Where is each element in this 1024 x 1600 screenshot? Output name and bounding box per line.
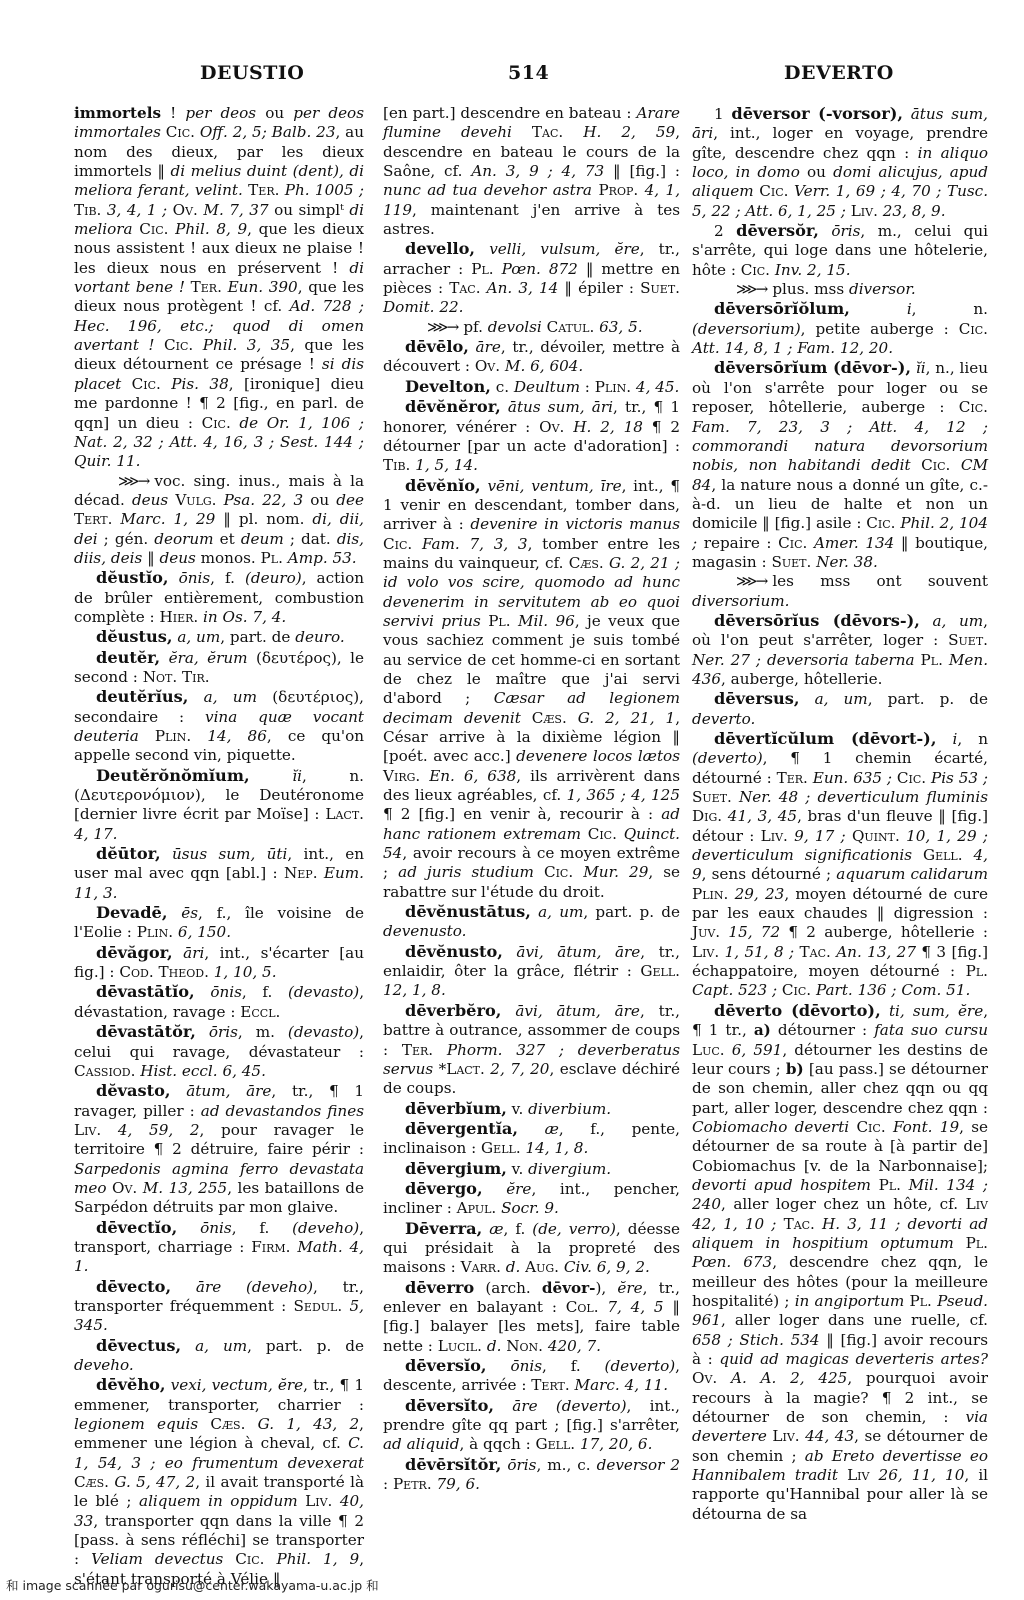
entry-text: Socr. 9. bbox=[501, 1199, 559, 1217]
entry-text: (deverto) bbox=[692, 749, 763, 767]
headword: dēvĕnĕror, bbox=[405, 397, 501, 416]
dictionary-entry: deutĕr, ĕra, ĕrum (δευτέρος), le second … bbox=[74, 648, 364, 688]
entry-text: monos. bbox=[196, 549, 261, 567]
headword: Develton, bbox=[405, 377, 491, 396]
entry-text: ad aliquid bbox=[383, 1435, 459, 1453]
entry-text: dēvor- bbox=[542, 1279, 596, 1297]
entry-text: 420, 7. bbox=[548, 1337, 601, 1355]
entry-text: āre (deveho) bbox=[196, 1278, 313, 1296]
dictionary-entry: dēversus, a, um, part. p. de deverto. bbox=[692, 689, 988, 729]
entry-text: (devasto) bbox=[288, 1023, 359, 1041]
entry-text: Gell. bbox=[640, 962, 680, 980]
entry-text: deuro. bbox=[295, 628, 344, 646]
entry-text bbox=[245, 1415, 257, 1433]
entry-text bbox=[815, 1215, 822, 1233]
entry-text: quid ad magicas deverteris artes? bbox=[719, 1350, 988, 1368]
entry-text bbox=[911, 456, 922, 474]
entry-text: b) bbox=[786, 1060, 804, 1078]
dictionary-entry: dēvēlo, āre, tr., dévoiler, mettre à déc… bbox=[383, 337, 680, 377]
entry-text: nunc ad tua devehor astra bbox=[383, 181, 592, 199]
entry-text: 7, 4, 5 bbox=[607, 1298, 663, 1316]
entry-text: v. bbox=[507, 1160, 528, 1178]
entry-text: 29, 23 bbox=[735, 885, 785, 903]
entry-text: Cic. bbox=[856, 1118, 885, 1136]
headword: dēvectus, bbox=[96, 1336, 181, 1355]
dictionary-entry: dēvĕnĭo, vēni, ventum, īre, int., ¶ 1 ve… bbox=[383, 476, 680, 903]
entry-text: āri bbox=[183, 944, 204, 962]
entry-text: deversor 2 bbox=[597, 1456, 680, 1474]
entry-text: diverbium. bbox=[528, 1100, 611, 1118]
entry-text: Cic. bbox=[759, 182, 788, 200]
entry-text: , petite auberge : bbox=[801, 320, 959, 338]
entry-text: 6, 150. bbox=[178, 923, 231, 941]
entry-text: , aller loger dans une ruelle, cf. bbox=[721, 1311, 988, 1329]
entry-text: ou bbox=[303, 491, 336, 509]
entry-text: ti, sum, ĕre bbox=[889, 1002, 983, 1020]
entry-text: , auberge, hôtellerie. bbox=[721, 670, 882, 688]
guide-word-left: DEUSTIO bbox=[200, 62, 304, 84]
entry-text bbox=[954, 1234, 966, 1252]
headword: dēversor (-vorsor), bbox=[731, 104, 903, 123]
headword: dĕustĭo, bbox=[96, 568, 169, 587]
entry-text bbox=[564, 418, 573, 436]
entry-text: Cæs. bbox=[569, 554, 604, 572]
entry-text: Tert. bbox=[74, 510, 112, 528]
entry-text: 12, 1, 8. bbox=[383, 981, 446, 999]
entry-text: H. 2, 18 bbox=[573, 418, 643, 436]
entry-text bbox=[223, 1550, 235, 1568]
entry-text: 1, 365 ; 4, 125 bbox=[567, 786, 680, 804]
headword: dĕvasto, bbox=[96, 1081, 171, 1100]
headword: dēverro bbox=[405, 1278, 474, 1297]
entry-text bbox=[512, 123, 532, 141]
entry-text: , sens détourné ; bbox=[702, 865, 837, 883]
entry-text: aquarum calidarum bbox=[836, 865, 988, 883]
entry-text bbox=[121, 375, 131, 393]
headword: dēvastātŏr, bbox=[96, 1022, 196, 1041]
entry-text: devolsi bbox=[488, 318, 542, 336]
entry-text bbox=[181, 1337, 195, 1355]
dictionary-entry: dēvectĭo, ōnis, f. (deveho), transport, … bbox=[74, 1218, 364, 1277]
entry-text: Ph. 1005 ; bbox=[285, 181, 364, 199]
arrow-icon: ⋙→ bbox=[714, 280, 766, 299]
entry-text bbox=[195, 983, 211, 1001]
entry-text: velli, vulsum, ĕre bbox=[489, 240, 639, 258]
entry-text: deum bbox=[241, 530, 284, 548]
headword: dēvĕnĭo, bbox=[405, 476, 481, 495]
headword: Devadē, bbox=[96, 903, 167, 922]
entry-text: Tac. bbox=[784, 1215, 815, 1233]
entry-text: Eun. 635 ; bbox=[813, 769, 892, 787]
entry-text: , f. bbox=[504, 1220, 533, 1238]
entry-text: Capt. 523 ; bbox=[692, 981, 777, 999]
entry-text: 26, 11, 10 bbox=[879, 1466, 965, 1484]
entry-text bbox=[521, 709, 532, 727]
entry-text: ĭi bbox=[916, 359, 926, 377]
entry-text: Tac. bbox=[800, 943, 831, 961]
entry-text: 1, 51, 8 ; bbox=[725, 943, 795, 961]
dictionary-entry: Develton, c. Deultum : Plin. 4, 45. bbox=[383, 377, 680, 397]
dictionary-entry: immortels ! per deos ou per deos immorta… bbox=[74, 104, 364, 472]
entry-text: Pl. bbox=[471, 260, 493, 278]
entry-text bbox=[850, 300, 907, 318]
arrow-icon: ⋙→ bbox=[96, 472, 148, 491]
entry-text: , m. bbox=[238, 1023, 288, 1041]
entry-text: Marc. 4, 11. bbox=[575, 1376, 669, 1394]
entry-text: ou bbox=[256, 104, 293, 122]
entry-text: āvi, ātum, āre bbox=[515, 1002, 640, 1020]
entry-text: Cæs. bbox=[74, 1473, 109, 1491]
dictionary-entry: dēvăgor, āri, int., s'écarter [au fig.] … bbox=[74, 943, 364, 983]
column-middle: [en part.] descendre en bateau : Arare f… bbox=[383, 104, 680, 1494]
dictionary-entry: dēvĕho, vexi, vectum, ĕre, tr., ¶ 1 emme… bbox=[74, 1375, 364, 1589]
entry-text: 44, 43 bbox=[805, 1427, 854, 1445]
entry-text bbox=[920, 612, 933, 630]
entry-text: Ter. bbox=[248, 181, 279, 199]
entry-text: pf. bbox=[463, 318, 487, 336]
guide-word-right: DEVERTO bbox=[784, 62, 894, 84]
entry-text: M. 6, 604. bbox=[505, 357, 583, 375]
entry-text: Cic. bbox=[921, 456, 950, 474]
entry-text bbox=[342, 1297, 349, 1315]
entry-text: ūsus sum, ūti bbox=[172, 845, 287, 863]
dictionary-entry: dēversōrĭŏlum, i, n. (deversorium), peti… bbox=[692, 299, 988, 358]
entry-text: Eccl. bbox=[240, 1003, 280, 1021]
dictionary-entry: dēvertĭcŭlum (dēvort-), i, n (deverto), … bbox=[692, 729, 988, 1001]
entry-text: ), bbox=[595, 1279, 617, 1297]
entry-text bbox=[139, 727, 155, 745]
entry-text: Inv. 2, 15. bbox=[775, 261, 851, 279]
entry-text: dee bbox=[336, 491, 364, 509]
entry-text: , f. bbox=[232, 1219, 292, 1237]
entry-text: a) bbox=[754, 1021, 771, 1039]
entry-text: ĭi bbox=[292, 767, 302, 785]
entry-text: 17, 20, 6. bbox=[580, 1435, 652, 1453]
entry-text: Cic. bbox=[959, 398, 988, 416]
headword: dēvēlo, bbox=[405, 337, 469, 356]
entry-text: Liv. bbox=[851, 202, 878, 220]
entry-text: Amp. 53. bbox=[288, 549, 357, 567]
usage-note: ⋙→voc. sing. inus., mais à la décad. deu… bbox=[74, 472, 364, 569]
entry-text: Pl. bbox=[488, 612, 510, 630]
entry-text: a, um bbox=[177, 628, 220, 646]
entry-text: ōris bbox=[831, 222, 860, 240]
entry-text: (devasto) bbox=[288, 983, 359, 1001]
entry-text: 23, 8, 9. bbox=[883, 202, 946, 220]
dictionary-entry: dēvectus, a, um, part. p. de deveho. bbox=[74, 1336, 364, 1376]
entry-text: (deveho) bbox=[292, 1219, 359, 1237]
dictionary-entry: dēvecto, āre (deveho), tr., transporter … bbox=[74, 1277, 364, 1336]
entry-text: Ter. bbox=[402, 1041, 433, 1059]
entry-text: Cic. bbox=[235, 1550, 264, 1568]
entry-text: ; gén. bbox=[98, 530, 155, 548]
entry-text: (deversorium) bbox=[692, 320, 801, 338]
entry-text: Domit. 22. bbox=[383, 298, 464, 316]
entry-text: deverto. bbox=[692, 710, 755, 728]
entry-text bbox=[581, 825, 588, 843]
entry-text: Liv. bbox=[305, 1492, 332, 1510]
entry-text: ēs bbox=[181, 904, 198, 922]
entry-text: (de, verro) bbox=[532, 1220, 616, 1238]
entry-text: Pl. bbox=[879, 1176, 901, 1194]
entry-text bbox=[936, 730, 952, 748]
entry-text: Tib. bbox=[74, 201, 101, 219]
entry-text: Cic. bbox=[383, 535, 412, 553]
entry-text: Non. bbox=[506, 1337, 543, 1355]
entry-text bbox=[871, 1176, 879, 1194]
entry-text: d. bbox=[506, 1258, 521, 1276]
entry-text bbox=[776, 1215, 783, 1233]
entry-text: ‖ [fig.] : bbox=[604, 162, 680, 180]
dictionary-entry: dēversĭto, āre (deverto), int., prendre … bbox=[383, 1396, 680, 1455]
entry-text: Cic. bbox=[897, 769, 926, 787]
dictionary-entry: dēverbĭum, v. diverbium. bbox=[383, 1099, 680, 1119]
entry-text: Plin. bbox=[595, 378, 631, 396]
entry-text: ‖ épiler : bbox=[558, 279, 640, 297]
entry-text: Cic. bbox=[959, 320, 988, 338]
entry-text: Gell. bbox=[536, 1435, 576, 1453]
entry-text: , part. p. de bbox=[868, 690, 988, 708]
entry-text bbox=[501, 398, 508, 416]
entry-text: Ov. bbox=[539, 418, 564, 436]
entry-text: Suet. bbox=[640, 279, 680, 297]
headword: dēversus, bbox=[714, 689, 799, 708]
entry-text bbox=[155, 336, 165, 354]
entry-text bbox=[901, 1176, 909, 1194]
dictionary-entry: Devadē, ēs, f., île voisine de l'Eolie :… bbox=[74, 903, 364, 943]
entry-text: ¶ 2 [fig.] en venir à, recourir à : bbox=[383, 805, 661, 823]
entry-text bbox=[717, 1369, 731, 1387]
entry-text bbox=[494, 1397, 512, 1415]
entry-text: A. A. 2, 425 bbox=[731, 1369, 847, 1387]
entry-text: diversorium. bbox=[692, 592, 789, 610]
dictionary-entry: Dēverra, æ, f. (de, verro), déesse qui p… bbox=[383, 1219, 680, 1278]
entry-text: , f. bbox=[210, 569, 245, 587]
entry-text: 4, 17. bbox=[74, 825, 117, 843]
entry-text: Cic. bbox=[778, 534, 807, 552]
scan-credit-footer: 和 image scannée par ogurisu@center.wakay… bbox=[6, 1576, 379, 1594]
entry-text: M. 13, 255 bbox=[143, 1179, 227, 1197]
entry-text: 63, 5. bbox=[599, 318, 642, 336]
entry-text: Tib. bbox=[383, 456, 410, 474]
entry-text bbox=[483, 1180, 507, 1198]
entry-text bbox=[193, 336, 203, 354]
entry-text bbox=[732, 788, 739, 806]
entry-text: āre bbox=[476, 338, 501, 356]
dictionary-entry: devello, velli, vulsum, ĕre, tr., arrach… bbox=[383, 239, 680, 317]
entry-text: Pl. bbox=[921, 651, 943, 669]
dictionary-entry: dēversōrĭus (dēvors-), a, um, où l'on pe… bbox=[692, 611, 988, 689]
dictionary-page: DEUSTIO 514 DEVERTO immortels ! per deos… bbox=[0, 0, 1024, 1600]
entry-text bbox=[169, 569, 179, 587]
entry-text: deveho. bbox=[74, 1356, 134, 1374]
entry-text bbox=[725, 1041, 732, 1059]
entry-text: 2, 7, 20 bbox=[490, 1060, 549, 1078]
entry-text: devorti apud hospitem bbox=[692, 1176, 871, 1194]
entry-text: G. 2, 21, 1 bbox=[578, 709, 675, 727]
entry-text: Firm. bbox=[251, 1238, 290, 1256]
entry-text: 41, 3, 45 bbox=[728, 807, 797, 825]
entry-text bbox=[494, 260, 502, 278]
entry-text: Quint. bbox=[852, 827, 900, 845]
entry-text: ōnis bbox=[179, 569, 211, 587]
entry-text: En. 6, 638 bbox=[429, 767, 516, 785]
entry-text: Apul. bbox=[457, 1199, 497, 1217]
dictionary-entry: dēverto (dēvorto), ti, sum, ĕre, ¶ 1 tr.… bbox=[692, 1001, 988, 1524]
entry-text: ĕra, ĕrum bbox=[169, 649, 248, 667]
entry-text: ad devastandos fines bbox=[201, 1102, 364, 1120]
entry-text: Suet. bbox=[771, 553, 811, 571]
entry-text: , part. de bbox=[220, 628, 295, 646]
headword: dēvergo, bbox=[405, 1179, 483, 1198]
dictionary-entry: dēvērsĭtŏr, ōris, m., c. deversor 2 : Pe… bbox=[383, 1455, 680, 1495]
entry-text: Marc. 1, 29 bbox=[120, 510, 215, 528]
entry-text bbox=[573, 863, 583, 881]
entry-text bbox=[433, 1041, 447, 1059]
entry-text: Liv. bbox=[692, 943, 719, 961]
entry-text: a, um bbox=[932, 612, 983, 630]
entry-text bbox=[869, 1466, 878, 1484]
entry-text bbox=[881, 1002, 889, 1020]
entry-text: Liv. bbox=[772, 1427, 799, 1445]
entry-text bbox=[420, 767, 429, 785]
entry-text: Font. 19 bbox=[893, 1118, 959, 1136]
entry-text bbox=[563, 123, 583, 141]
entry-text bbox=[799, 690, 814, 708]
entry-text: Juv. bbox=[692, 923, 720, 941]
entry-text: Pœn. 872 bbox=[502, 260, 578, 278]
entry-text: Cic. bbox=[782, 981, 811, 999]
entry-text: : bbox=[383, 1475, 393, 1493]
entry-text: Catul. bbox=[547, 318, 595, 336]
entry-text bbox=[412, 535, 422, 553]
entry-text bbox=[617, 825, 624, 843]
entry-text: deorum bbox=[154, 530, 213, 548]
entry-text: Tert. bbox=[531, 1376, 569, 1394]
entry-text: , n. bbox=[912, 300, 988, 318]
entry-text: immortels bbox=[74, 104, 161, 122]
entry-text: Ner. 27 ; deversoria taberna bbox=[692, 651, 915, 669]
dictionary-entry: dēvastātĭo, ōnis, f. (devasto), dévastat… bbox=[74, 982, 364, 1022]
entry-text: G. 5, 47, 2 bbox=[114, 1473, 195, 1491]
entry-text: Pl. bbox=[966, 962, 988, 980]
entry-text: Veliam devectus bbox=[91, 1550, 223, 1568]
headword: dĕustus, bbox=[96, 627, 173, 646]
entry-text: Cic. bbox=[866, 514, 895, 532]
entry-text: 4, 59, 2 bbox=[118, 1121, 200, 1139]
entry-text: Vulg. bbox=[175, 491, 216, 509]
entry-text: Cæs. bbox=[210, 1415, 245, 1433]
entry-text: Suet. bbox=[948, 631, 988, 649]
entry-text: 1, 10, 5. bbox=[214, 963, 277, 981]
dictionary-entry: dĕūtor, ūsus sum, ūti, int., en user mal… bbox=[74, 844, 364, 903]
entry-text: Hier. bbox=[159, 608, 198, 626]
entry-text bbox=[171, 1082, 187, 1100]
headword: dēversōrĭŏlum, bbox=[714, 299, 850, 318]
entry-text: An. 3, 9 ; 4, 73 bbox=[471, 162, 604, 180]
entry-text bbox=[501, 1002, 515, 1020]
dictionary-entry: dĕustus, a, um, part. de deuro. bbox=[74, 627, 364, 647]
entry-text bbox=[332, 1492, 340, 1510]
entry-text: Cic. bbox=[139, 220, 168, 238]
entry-text: in angiportum bbox=[795, 1292, 905, 1310]
entry-text: ou simplᵗ bbox=[269, 201, 350, 219]
entry-text: Cic. bbox=[544, 863, 573, 881]
entry-text: M. 7, 37 bbox=[203, 201, 268, 219]
entry-text: Suet. bbox=[692, 788, 732, 806]
entry-text bbox=[963, 846, 974, 864]
entry-text: āvi, ātum, āre bbox=[516, 943, 640, 961]
entry-text: Cic. bbox=[588, 825, 617, 843]
entry-text: divergium. bbox=[528, 1160, 611, 1178]
entry-text: Dig. bbox=[692, 807, 722, 825]
entry-text: 4, 45. bbox=[636, 378, 679, 396]
headword: devello, bbox=[405, 239, 475, 258]
arrow-icon: ⋙→ bbox=[405, 318, 457, 337]
entry-text: Not. Tir. bbox=[143, 668, 210, 686]
entry-text bbox=[518, 1120, 545, 1138]
entry-text: ĕre bbox=[506, 1180, 531, 1198]
entry-text bbox=[161, 845, 172, 863]
entry-text: Plin. bbox=[692, 885, 728, 903]
entry-text: , f. bbox=[542, 1357, 605, 1375]
entry-text: a, um bbox=[815, 690, 868, 708]
entry-text: Hist. eccl. 6, 45. bbox=[140, 1062, 266, 1080]
headword: Dēverra, bbox=[405, 1219, 482, 1238]
entry-text: 3, 4, 1 ; bbox=[107, 201, 167, 219]
entry-text bbox=[265, 1550, 277, 1568]
entry-text: Pl. bbox=[261, 549, 283, 567]
headword: dēvecto, bbox=[96, 1277, 171, 1296]
entry-text: Nep. bbox=[284, 864, 318, 882]
entry-text: ‖ pl. nom. bbox=[215, 510, 312, 528]
entry-text: ou bbox=[800, 163, 833, 181]
entry-text bbox=[171, 1278, 196, 1296]
entry-text: ātus sum, āri bbox=[508, 398, 613, 416]
entry-text: Psa. 22, 3 bbox=[224, 491, 304, 509]
entry-text: devenire in victoris manus bbox=[470, 515, 680, 533]
entry-text: deus bbox=[160, 549, 196, 567]
entry-text bbox=[511, 612, 518, 630]
entry-text: An. 13, 27 bbox=[836, 943, 916, 961]
headword: deutĕr, bbox=[96, 648, 160, 667]
entry-text: Plin. bbox=[155, 727, 191, 745]
entry-text: Cic. bbox=[202, 414, 231, 432]
dictionary-entry: Deutĕrŏnŏmĭum, ĭi, n. (Δευτερονόμιον), l… bbox=[74, 766, 364, 844]
entry-text: Lact. bbox=[446, 1060, 485, 1078]
entry-text: a, um bbox=[204, 688, 257, 706]
dictionary-entry: dĕvasto, ātum, āre, tr., ¶ 1 ravager, pi… bbox=[74, 1081, 364, 1217]
entry-text: Pis. 38 bbox=[171, 375, 228, 393]
entry-text: Ner. 38. bbox=[816, 553, 878, 571]
entry-text: Liv. bbox=[74, 1121, 101, 1139]
entry-text: Aug. bbox=[525, 1258, 559, 1276]
headword: dēvĕho, bbox=[96, 1375, 166, 1394]
entry-text: , part. p. de bbox=[583, 903, 680, 921]
entry-text bbox=[173, 944, 184, 962]
entry-text: Gell. bbox=[481, 1139, 521, 1157]
entry-text: Pl. bbox=[910, 1292, 932, 1310]
entry-text: Pl. bbox=[966, 1234, 988, 1252]
entry-text bbox=[807, 534, 814, 552]
entry-text: 1, 5, 14. bbox=[415, 456, 478, 474]
dictionary-entry: dēverro (arch. dēvor-), ĕre, tr., enleve… bbox=[383, 1278, 680, 1356]
entry-text: , m., c. bbox=[536, 1456, 596, 1474]
entry-text: ōris bbox=[209, 1023, 238, 1041]
headword: dĕūtor, bbox=[96, 844, 161, 863]
headword: dēverto (dēvorto), bbox=[714, 1001, 881, 1020]
entry-text bbox=[160, 649, 168, 667]
